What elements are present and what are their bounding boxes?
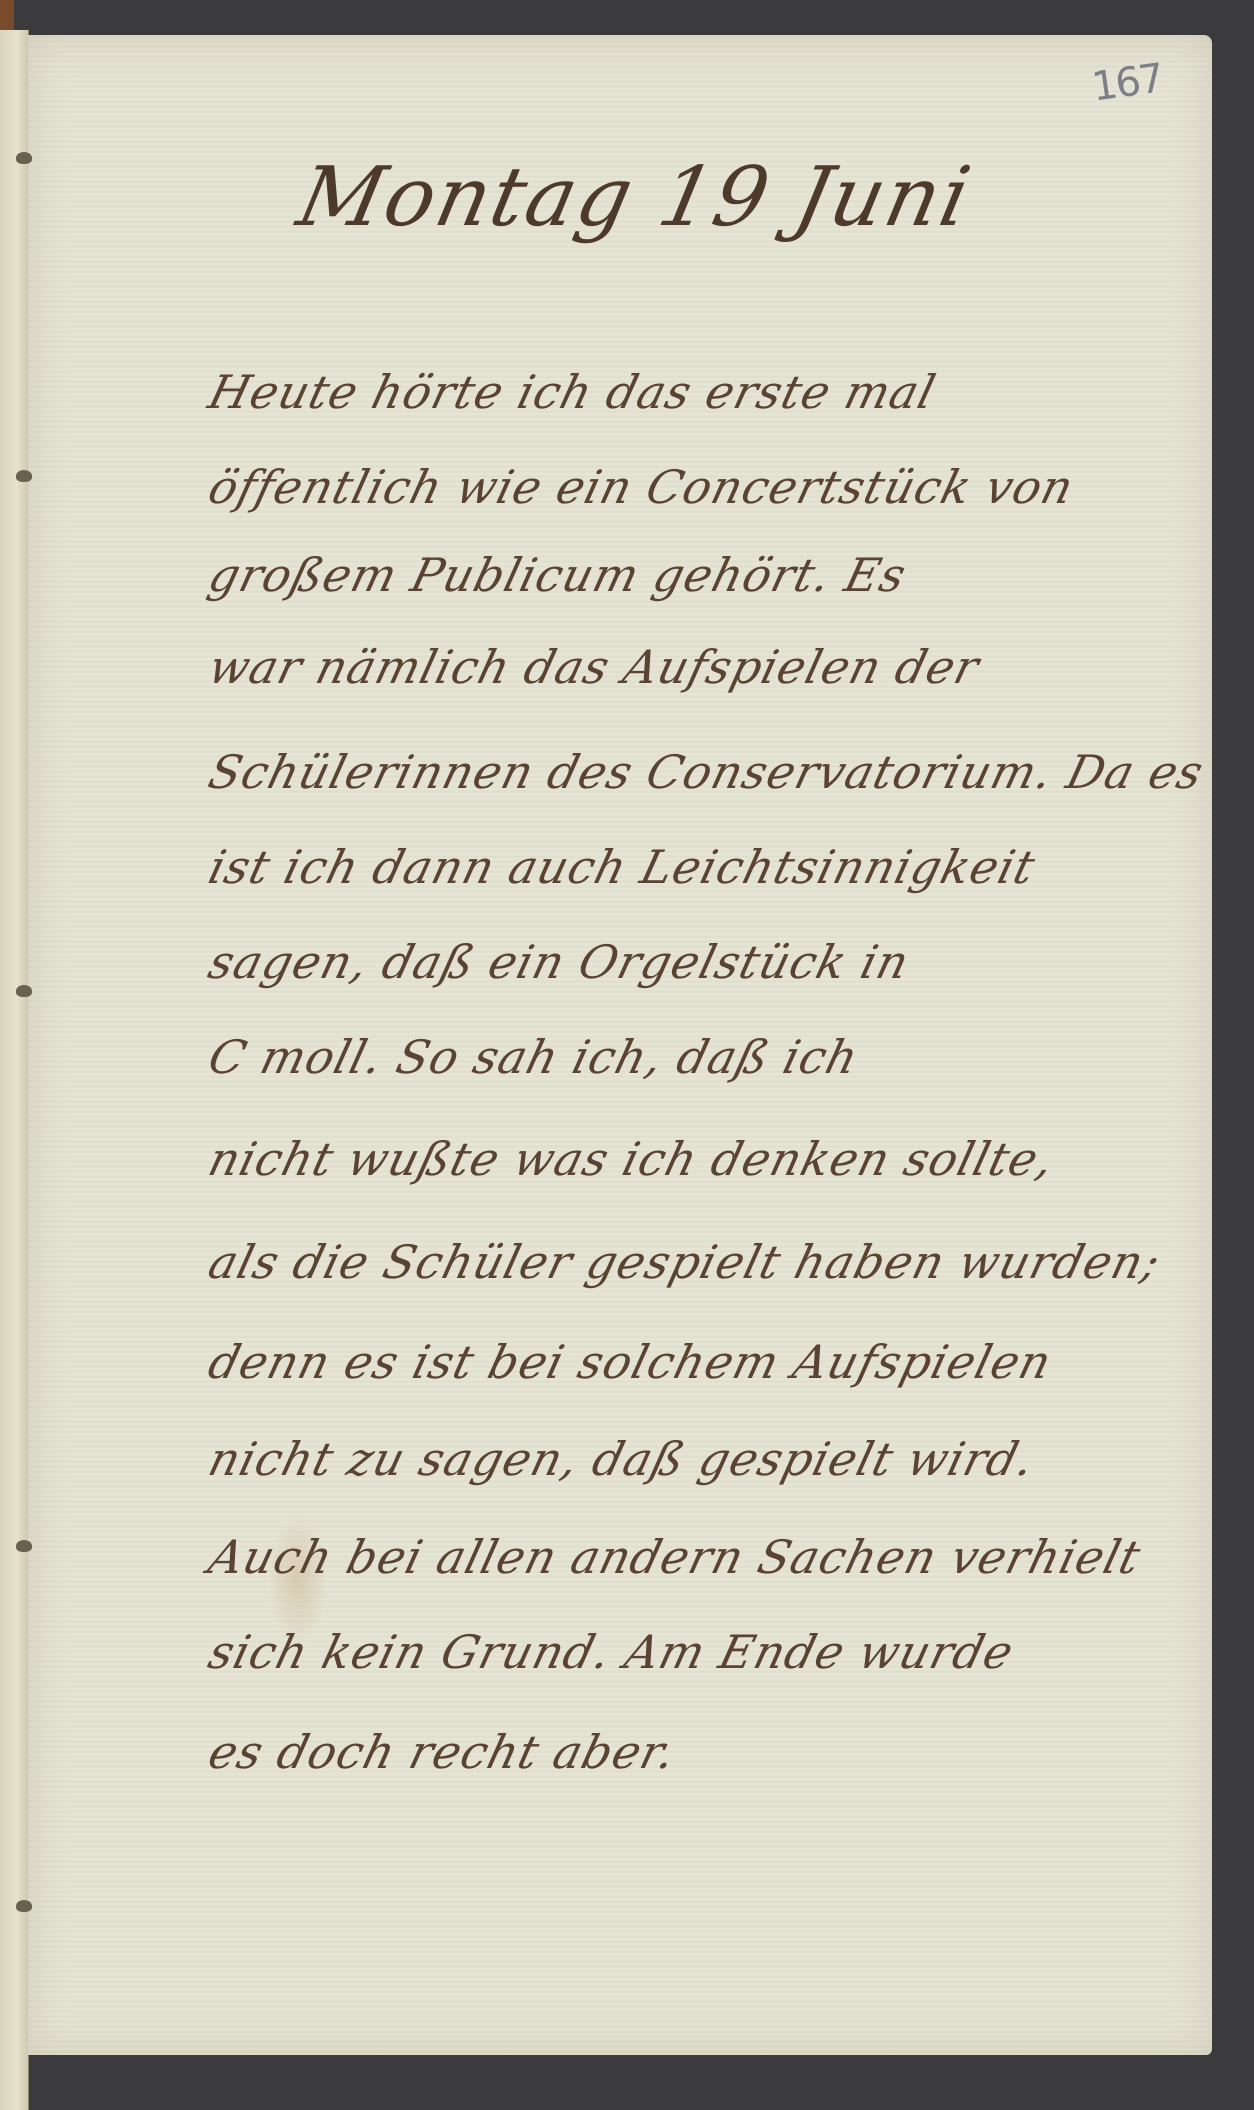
manuscript-line: sagen, daß ein Orgelstück in [203,935,1166,989]
manuscript-line: Schülerinnen des Conservatorium. Da es [203,745,1166,799]
binding-stitch-icon [16,1900,32,1912]
manuscript-line: war nämlich das Aufspielen der [203,640,1166,694]
manuscript-line: C moll. So sah ich, daß ich [203,1030,1166,1084]
manuscript-line: öffentlich wie ein Concertstück von [203,460,1166,514]
manuscript-line: denn es ist bei solchem Aufspielen [203,1335,1166,1389]
binding-stitch-icon [16,1540,32,1552]
manuscript-line: nicht zu sagen, daß gespielt wird. [203,1432,1166,1486]
binding-stitch-icon [16,985,32,997]
binding-stitch-icon [16,470,32,482]
manuscript-line: großem Publicum gehört. Es [203,548,1166,602]
binding-stitch-icon [16,152,32,164]
binding-spine [0,30,29,2110]
manuscript-line: es doch recht aber. [203,1725,1166,1779]
folio-number: 167 [1089,55,1165,110]
manuscript-line: sich kein Grund. Am Ende wurde [203,1625,1166,1679]
manuscript-line: Heute hörte ich das erste mal [203,365,1166,419]
manuscript-line: als die Schüler gespielt haben wurden; [203,1235,1166,1289]
manuscript-line: ist ich dann auch Leichtsinnigkeit [203,840,1166,894]
manuscript-line: Auch bei allen andern Sachen verhielt [203,1530,1166,1584]
diary-date-heading: Montag 19 Juni [290,150,980,245]
manuscript-line: nicht wußte was ich denken sollte, [203,1132,1166,1186]
